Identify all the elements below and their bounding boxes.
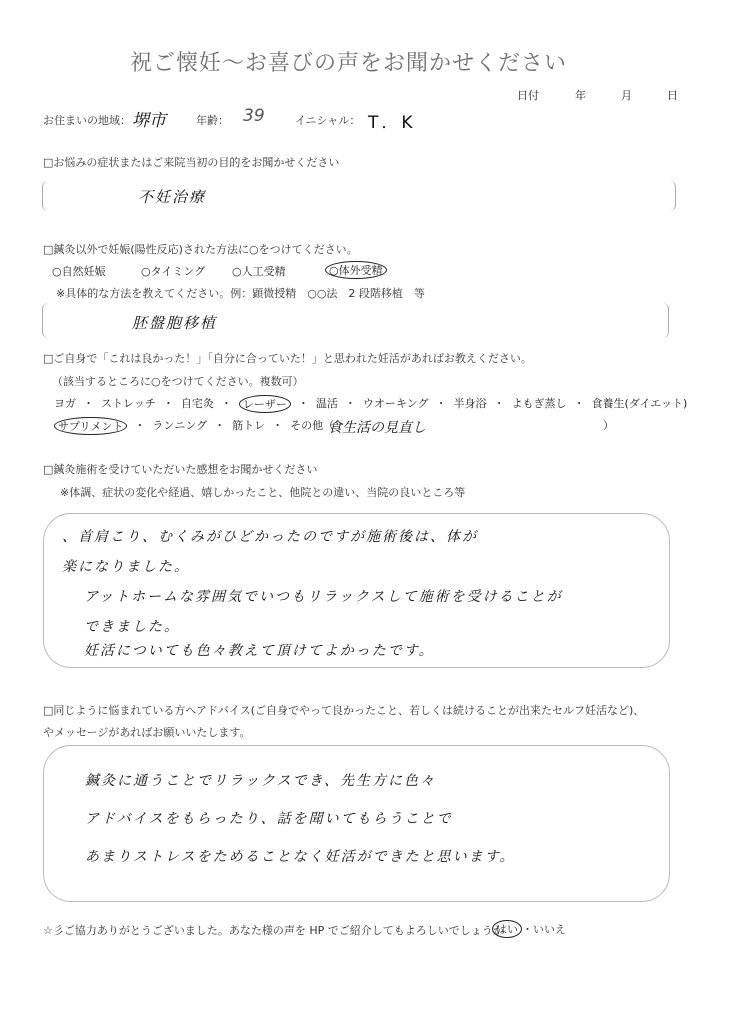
q3-options-row2: サプリメント ・ ランニング ・ 筋トレ ・ その他（ [54, 417, 334, 435]
separator: ・ [214, 417, 225, 435]
q3-other-close: ） [603, 417, 614, 433]
q2-option-natural[interactable]: ○自然妊娠 [52, 263, 106, 279]
q2-option-artificial[interactable]: ○人工受精 [232, 263, 286, 279]
q1-answer: 不妊治療 [138, 186, 206, 207]
consent-no[interactable]: いいえ [533, 921, 566, 937]
consent-options: はい ・ いいえ [492, 920, 566, 938]
q5-answer: 鍼灸に通うことでリラックスでき、先生方に色々 アドバイスをもらったり、話を聞いて… [85, 762, 515, 876]
separator: ・ [436, 395, 447, 413]
q3-option-home-moxa[interactable]: 自宅灸 [181, 395, 214, 413]
q3-option-yomogi[interactable]: よもぎ蒸し [512, 395, 567, 413]
q2-answer: 胚盤胞移植 [132, 312, 217, 333]
q2-question: □鍼灸以外で妊娠(陽性反応)された方法に○をつけてください。 [43, 241, 358, 257]
form-title: 祝ご懐妊～お喜びの声をお聞かせください [130, 46, 567, 77]
day-label: 日 [667, 87, 678, 103]
q2-note: ※具体的な方法を教えてください。例：顕微授精 ○○法 2 段階移植 等 [56, 285, 425, 301]
q4-answer-line: 、首肩こり、むくみがひどかったのですが施術後は、体が [62, 522, 563, 552]
q3-option-diet[interactable]: 食養生(ダイエット) [592, 395, 688, 413]
q3-option-yoga[interactable]: ヨガ [54, 395, 76, 413]
q3-option-laser-selected[interactable]: レーザー [239, 395, 291, 413]
q3-option-running[interactable]: ランニング [152, 417, 207, 435]
separator: ・ [272, 417, 283, 435]
q4-answer-line: 妊活についても色々教えて頂けてよかったです。 [62, 636, 563, 666]
separator: ・ [134, 417, 145, 435]
q3-option-walking[interactable]: ウオーキング [363, 395, 429, 413]
initials-value[interactable]: T．K [368, 108, 416, 133]
separator: ・ [494, 395, 505, 413]
q3-options-row1: ヨガ ・ ストレッチ ・ 自宅灸 ・ レーザー ・ 温活 ・ ウオーキング ・ … [54, 395, 687, 413]
q1-question: □お悩みの症状またはご来院当初の目的をお聞かせください [43, 154, 339, 170]
month-label: 月 [621, 87, 632, 103]
year-label: 年 [575, 87, 586, 103]
q4-answer: 、首肩こり、むくみがひどかったのですが施術後は、体が 楽になりました。 アットホ… [62, 522, 563, 666]
separator: ・ [163, 395, 174, 413]
consent-text: ☆彡ご協力ありがとうございました。あなた様の声を HP でご紹介してもよろしいで… [43, 922, 504, 938]
q3-other-value[interactable]: 食生活の見直し [328, 417, 426, 437]
separator: ・ [298, 395, 309, 413]
separator: ・ [522, 921, 533, 937]
separator: ・ [345, 395, 356, 413]
q4-answer-line: アットホームな雰囲気でいつもリラックスして施術を受けることが [62, 582, 563, 612]
q3-option-supplement-selected[interactable]: サプリメント [54, 417, 127, 435]
age-value[interactable]: 39 [243, 106, 265, 126]
consent-yes-selected[interactable]: はい [492, 920, 522, 938]
q5-answer-line: あまりストレスをためることなく妊活ができたと思います。 [85, 838, 515, 876]
q2-option-ivf-selected[interactable]: ○体外受精 [325, 261, 387, 279]
date-label: 日付 [517, 87, 539, 103]
q2-option-timing[interactable]: ○タイミング [141, 263, 205, 279]
q3-question: □ご自身で「これは良かった！」「自分に合っていた！」と思われた妊活があればお教え… [43, 350, 532, 366]
q5-question-line1: □同じように悩まれている方へアドバイス(ご自身でやって良かったこと、若しくは続け… [43, 702, 644, 718]
q3-note: （該当するところに○をつけてください。複数可） [52, 373, 304, 389]
q4-answer-line: 楽になりました。 [62, 552, 563, 582]
separator: ・ [221, 395, 232, 413]
q4-note: ※体調、症状の変化や経過、嬉しかったこと、他院との違い、当院の良いところ等 [60, 484, 465, 500]
q3-option-training[interactable]: 筋トレ [232, 417, 265, 435]
region-label: お住まいの地域： [43, 112, 131, 128]
region-value[interactable]: 堺市 [132, 106, 166, 131]
separator: ・ [83, 395, 94, 413]
q4-question: □鍼灸施術を受けていただいた感想をお聞かせください [43, 461, 317, 477]
q5-question-line2: やメッセージがあればお願いいたします。 [43, 724, 250, 740]
separator: ・ [574, 395, 585, 413]
q3-option-half-bath[interactable]: 半身浴 [454, 395, 487, 413]
initials-label: イニシャル： [295, 112, 360, 128]
q5-answer-line: 鍼灸に通うことでリラックスでき、先生方に色々 [85, 762, 515, 800]
q3-option-warming[interactable]: 温活 [316, 395, 338, 413]
age-label: 年齢： [196, 112, 229, 128]
q5-answer-line: アドバイスをもらったり、話を聞いてもらうことで [85, 800, 515, 838]
q3-option-stretch[interactable]: ストレッチ [101, 395, 156, 413]
